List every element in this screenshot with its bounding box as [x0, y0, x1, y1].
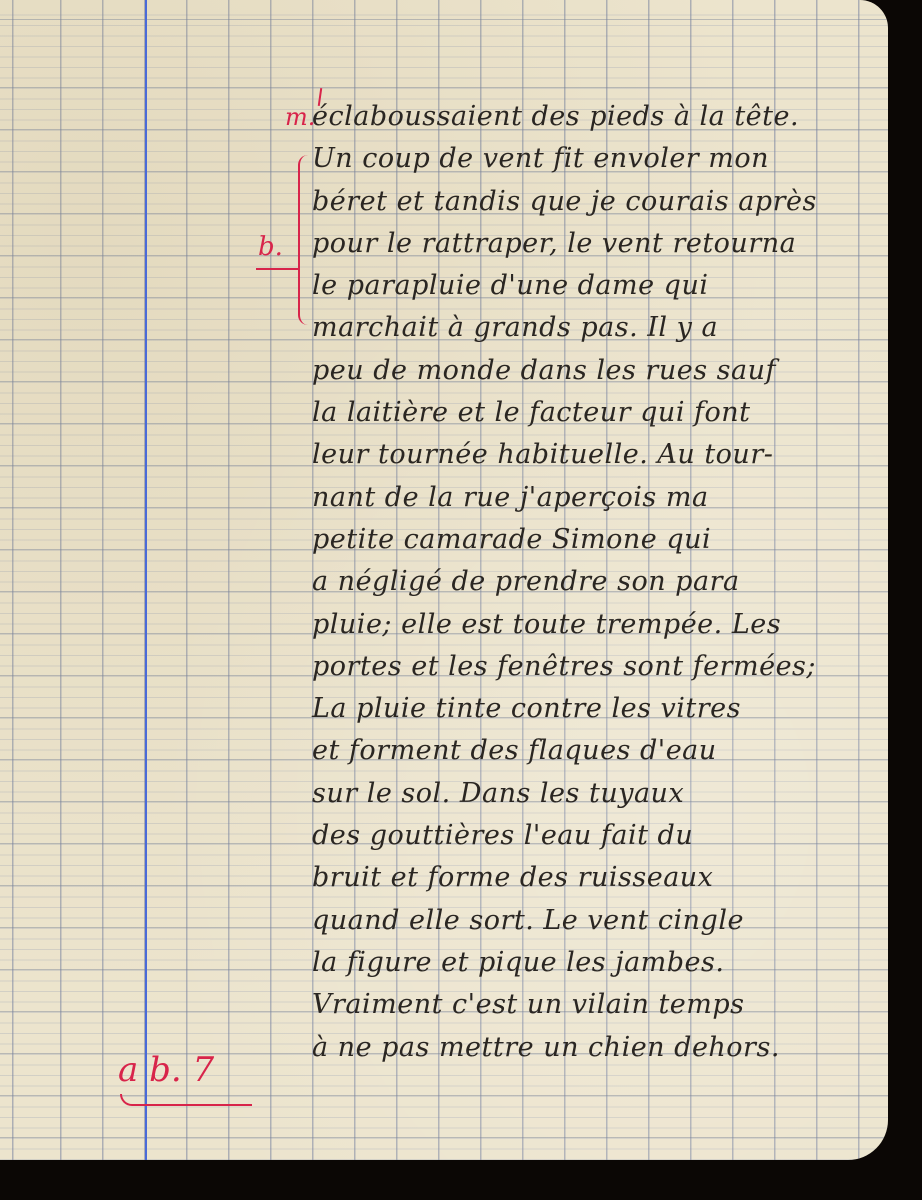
- text-line: marchait à grands pas. Il y a: [312, 307, 888, 349]
- grade-annotation: a b. 7: [118, 1050, 214, 1090]
- notebook-page: m. b. éclaboussaient des pieds à la tête…: [0, 0, 888, 1160]
- margin-annotation-m: m.: [285, 96, 315, 138]
- correction-bracket: [298, 155, 310, 325]
- text-line: pluie; elle est toute trempée. Les: [312, 604, 888, 646]
- margin-line: [145, 0, 147, 1160]
- text-line: à ne pas mettre un chien dehors.: [312, 1027, 888, 1069]
- text-line: pour le rattraper, le vent retourna: [312, 223, 888, 265]
- text-line: éclaboussaient des pieds à la tête.: [312, 96, 888, 138]
- text-line: peu de monde dans les rues sauf: [312, 350, 888, 392]
- text-line: des gouttières l'eau fait du: [312, 815, 888, 857]
- text-line: leur tournée habituelle. Au tour-: [312, 434, 888, 476]
- text-line: nant de la rue j'aperçois ma: [312, 477, 888, 519]
- text-line: et forment des flaques d'eau: [312, 730, 888, 772]
- text-line: béret et tandis que je courais après: [312, 181, 888, 223]
- text-line: le parapluie d'une dame qui: [312, 265, 888, 307]
- text-line: Un coup de vent fit envoler mon: [312, 138, 888, 180]
- text-line: La pluie tinte contre les vitres: [312, 688, 888, 730]
- text-line: la laitière et le facteur qui font: [312, 392, 888, 434]
- margin-annotation-b: b.: [258, 226, 283, 268]
- text-line: portes et les fenêtres sont fermées;: [312, 646, 888, 688]
- text-line: a négligé de prendre son para: [312, 561, 888, 603]
- text-line: bruit et forme des ruisseaux: [312, 857, 888, 899]
- annotation-b-underline: [256, 268, 300, 270]
- text-line: petite camarade Simone qui: [312, 519, 888, 561]
- text-line: sur le sol. Dans les tuyaux: [312, 773, 888, 815]
- scan-background: [0, 1160, 922, 1200]
- text-line: Vraiment c'est un vilain temps: [312, 984, 888, 1026]
- text-line: la figure et pique les jambes.: [312, 942, 888, 984]
- handwritten-text: éclaboussaient des pieds à la tête. Un c…: [312, 96, 888, 1069]
- text-line: quand elle sort. Le vent cingle: [312, 900, 888, 942]
- grade-underline: [120, 1094, 252, 1106]
